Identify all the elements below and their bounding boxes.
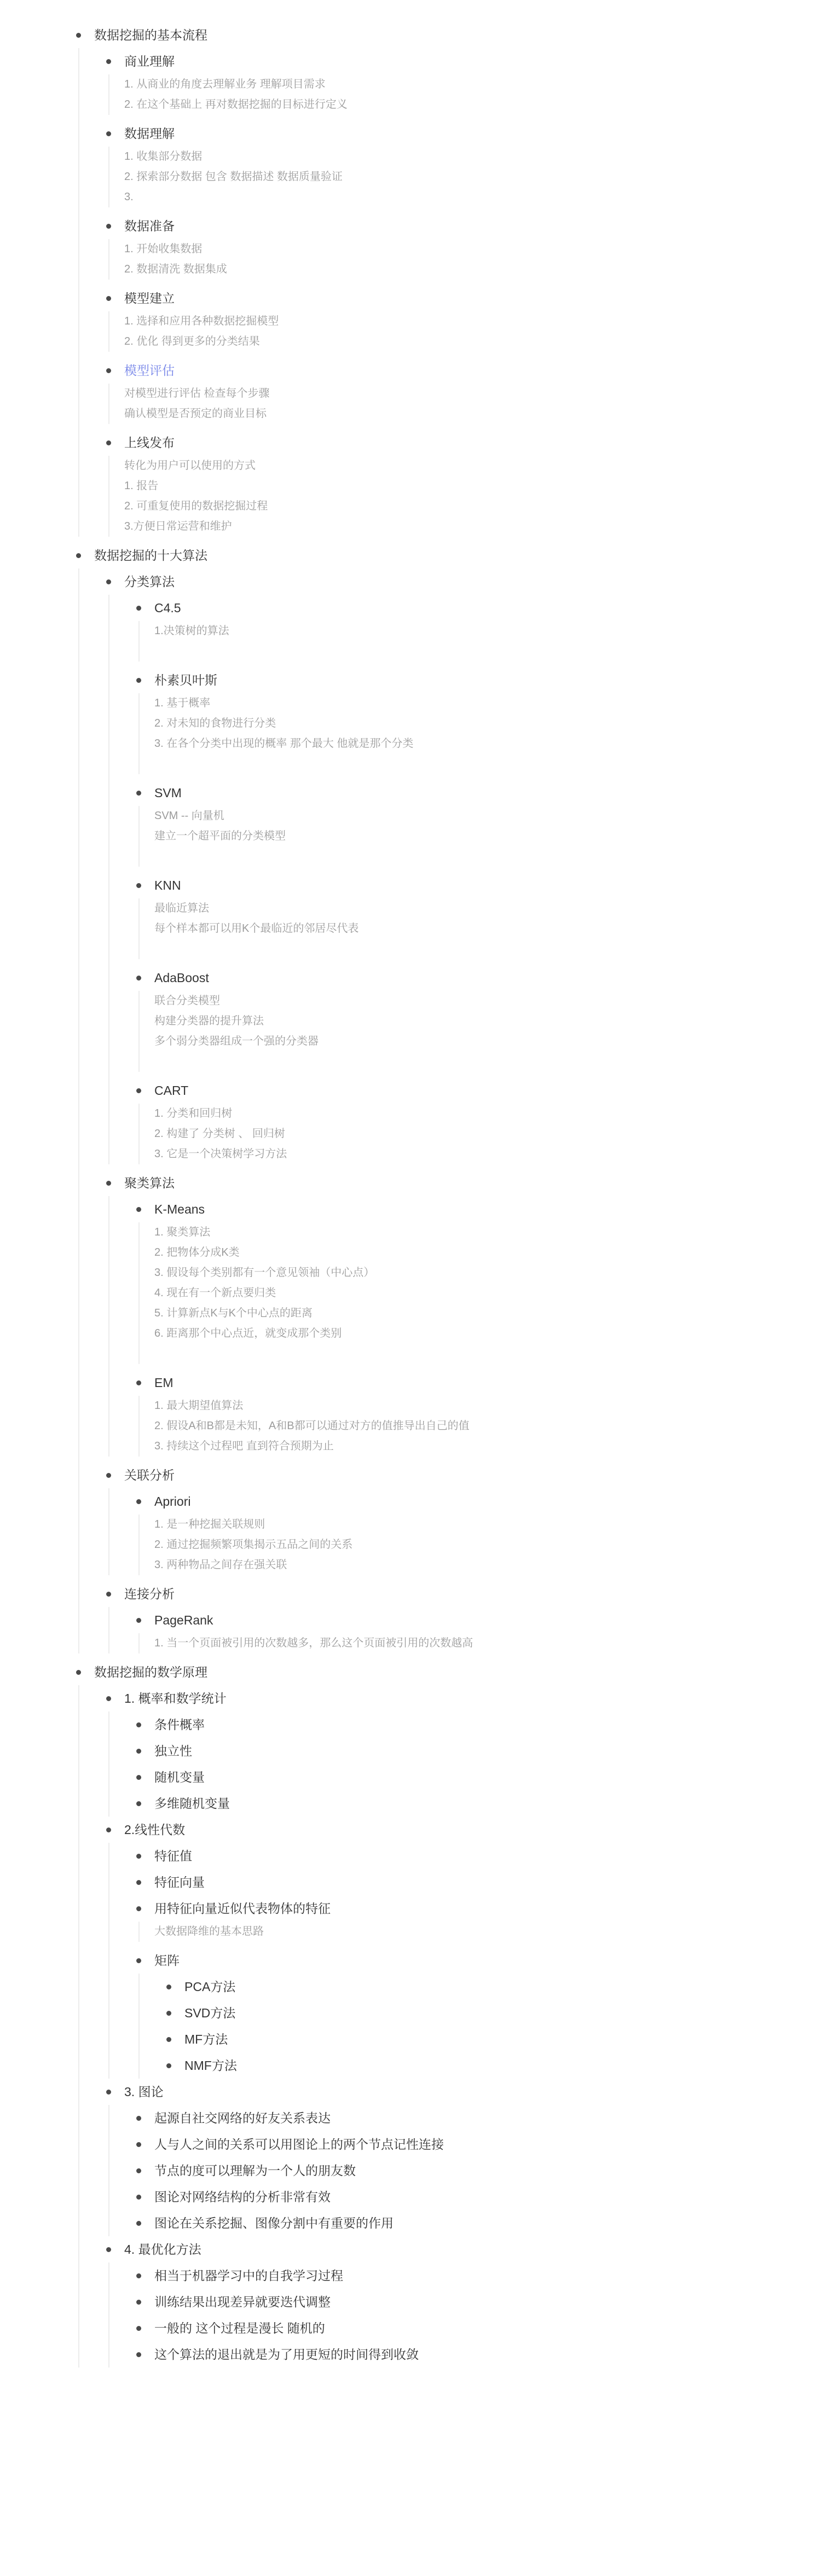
note-group: 1. 是一种挖掘关联规则2. 通过挖掘频繁项集揭示五品之间的关系3. 两种物品之… <box>138 1515 799 1575</box>
node-row[interactable]: 矩阵 <box>136 1947 799 1974</box>
note-line[interactable]: 1. 开始收集数据 <box>124 239 799 259</box>
outline-node: K-Means1. 聚类算法2. 把物体分成K类3. 假设每个类别都有一个意见领… <box>136 1196 799 1364</box>
bullet-icon[interactable] <box>106 579 111 584</box>
note-line[interactable]: 1. 报告 <box>124 476 799 496</box>
note-line[interactable]: 2. 把物体分成K类 <box>154 1243 799 1263</box>
node-text[interactable]: 分类算法 <box>124 573 175 590</box>
note-line[interactable] <box>154 846 799 867</box>
note-line[interactable]: 1. 分类和回归树 <box>154 1104 799 1124</box>
note-group: 1. 分类和回归树2. 构建了 分类树 、 回归树3. 它是一个决策树学习方法 <box>138 1104 799 1164</box>
node-row[interactable]: EM <box>136 1370 799 1396</box>
bullet-icon[interactable] <box>136 2300 141 2305</box>
note-line[interactable]: 1. 当一个页面被引用的次数越多，那么这个页面被引用的次数越高 <box>154 1633 799 1653</box>
bullet-icon[interactable] <box>136 2352 141 2357</box>
note-line[interactable]: 多个弱分类器组成一个强的分类器 <box>154 1031 799 1052</box>
bullet-icon[interactable] <box>166 2011 171 2016</box>
node-text[interactable]: 上线发布 <box>124 434 175 451</box>
bullet-icon[interactable] <box>136 2195 141 2200</box>
node-row[interactable]: 模型建立 <box>106 285 799 311</box>
bullet-icon[interactable] <box>136 1499 141 1504</box>
note-line[interactable]: 大数据降维的基本思路 <box>154 1922 799 1942</box>
bullet-icon[interactable] <box>136 2142 141 2147</box>
bullet-icon[interactable] <box>136 976 141 980</box>
node-text[interactable]: CART <box>154 1082 188 1099</box>
children-group: 特征值特征向量用特征向量近似代表物体的特征大数据降维的基本思路矩阵PCA方法SV… <box>108 1843 799 2079</box>
node-row[interactable]: K-Means <box>136 1196 799 1222</box>
bullet-icon[interactable] <box>76 553 81 558</box>
node-row[interactable]: 多维随机变量 <box>136 1790 799 1817</box>
bullet-icon[interactable] <box>136 2326 141 2331</box>
bullet-icon[interactable] <box>136 1801 141 1806</box>
node-text[interactable]: 数据挖掘的十大算法 <box>94 547 207 564</box>
bullet-icon[interactable] <box>106 1473 111 1478</box>
note-line[interactable]: 1. 最大期望值算法 <box>154 1396 799 1416</box>
outline-node: 特征向量 <box>136 1869 799 1895</box>
bullet-icon[interactable] <box>106 1592 111 1597</box>
children-group: PCA方法SVD方法MF方法NMF方法 <box>138 1974 799 2079</box>
note-line[interactable] <box>154 1344 799 1364</box>
node-text[interactable]: NMF方法 <box>184 2057 237 2074</box>
node-row[interactable]: 数据准备 <box>106 213 799 239</box>
node-text[interactable]: 矩阵 <box>154 1952 180 1969</box>
outline-node: 图论在关系挖掘、图像分割中有重要的作用 <box>136 2210 799 2236</box>
node-text[interactable]: SVM <box>154 785 182 801</box>
children-group: PageRank1. 当一个页面被引用的次数越多，那么这个页面被引用的次数越高 <box>108 1607 799 1653</box>
note-group: 1. 收集部分数据2. 探索部分数据 包含 数据描述 数据质量验证3. <box>108 147 799 207</box>
note-group: 1. 聚类算法2. 把物体分成K类3. 假设每个类别都有一个意见领袖（中心点）4… <box>138 1222 799 1364</box>
note-line[interactable]: 6. 距离那个中心点近，就变成那个类别 <box>154 1324 799 1344</box>
note-line[interactable]: 3. 两种物品之间存在强关联 <box>154 1555 799 1575</box>
outline-node: NMF方法 <box>166 2052 799 2079</box>
node-row[interactable]: 数据理解 <box>106 120 799 147</box>
children-group: 商业理解1. 从商业的角度去理解业务 理解项目需求2. 在这个基础上 再对数据挖… <box>78 48 799 537</box>
note-line[interactable]: 3. 它是一个决策树学习方法 <box>154 1144 799 1164</box>
node-text[interactable]: 一般的 这个过程是漫长 随机的 <box>154 2320 325 2336</box>
bullet-icon[interactable] <box>136 606 141 611</box>
note-line[interactable]: 2. 通过挖掘频繁项集揭示五品之间的关系 <box>154 1535 799 1555</box>
node-text[interactable]: 4. 最优化方法 <box>124 2241 201 2258</box>
outline-node: 起源自社交网络的好友关系表达 <box>136 2105 799 2131</box>
outline-node: 关联分析Apriori1. 是一种挖掘关联规则2. 通过挖掘频繁项集揭示五品之间… <box>106 1462 799 1575</box>
node-text[interactable]: 数据挖掘的基本流程 <box>94 27 207 43</box>
note-group: SVM -- 向量机建立一个超平面的分类模型 <box>138 806 799 867</box>
node-text[interactable]: 条件概率 <box>154 1716 205 1733</box>
note-line[interactable]: 1. 是一种挖掘关联规则 <box>154 1515 799 1535</box>
outline-node: 商业理解1. 从商业的角度去理解业务 理解项目需求2. 在这个基础上 再对数据挖… <box>106 48 799 115</box>
node-row[interactable]: 条件概率 <box>136 1711 799 1738</box>
node-text[interactable]: EM <box>154 1374 174 1391</box>
children-group: 分类算法C4.51.决策树的算法 朴素贝叶斯1. 基于概率2. 对未知的食物进行… <box>78 568 799 1653</box>
outline-node: MF方法 <box>166 2026 799 2052</box>
node-row[interactable]: 图论在关系挖掘、图像分割中有重要的作用 <box>136 2210 799 2236</box>
outline-node: 数据挖掘的十大算法分类算法C4.51.决策树的算法 朴素贝叶斯1. 基于概率2.… <box>76 542 799 1653</box>
note-line[interactable]: 2. 优化 得到更多的分类结果 <box>124 332 799 352</box>
node-text[interactable]: 这个算法的退出就是为了用更短的时间得到收敛 <box>154 2346 419 2363</box>
outline-node: SVMSVM -- 向量机建立一个超平面的分类模型 <box>136 780 799 867</box>
bullet-icon[interactable] <box>136 678 141 683</box>
note-group: 大数据降维的基本思路 <box>138 1922 799 1942</box>
bullet-icon[interactable] <box>106 1181 111 1186</box>
node-text[interactable]: 节点的度可以理解为一个人的朋友数 <box>154 2162 356 2179</box>
node-text[interactable]: Apriori <box>154 1493 190 1510</box>
node-row[interactable]: Apriori <box>136 1488 799 1515</box>
bullet-icon[interactable] <box>136 1088 141 1093</box>
outline-document: 数据挖掘的基本流程商业理解1. 从商业的角度去理解业务 理解项目需求2. 在这个… <box>0 0 821 2576</box>
outline-node: 节点的度可以理解为一个人的朋友数 <box>136 2157 799 2184</box>
note-line[interactable]: 2. 假设A和B都是未知，A和B都可以通过对方的值推导出自己的值 <box>154 1416 799 1436</box>
node-row[interactable]: 特征向量 <box>136 1869 799 1895</box>
node-text[interactable]: 模型建立 <box>124 290 175 306</box>
node-text[interactable]: 人与人之间的关系可以用图论上的两个节点记性连接 <box>154 2136 444 2153</box>
node-text[interactable]: 聚类算法 <box>124 1175 175 1191</box>
children-group: 相当于机器学习中的自我学习过程训练结果出现差异就要迭代调整一般的 这个过程是漫长… <box>108 2262 799 2368</box>
bullet-icon[interactable] <box>136 1722 141 1727</box>
note-line[interactable]: SVM -- 向量机 <box>154 806 799 826</box>
note-line[interactable]: 1. 聚类算法 <box>154 1222 799 1243</box>
bullet-icon[interactable] <box>136 2116 141 2121</box>
outline-node: 连接分析PageRank1. 当一个页面被引用的次数越多，那么这个页面被引用的次… <box>106 1581 799 1653</box>
node-row[interactable]: 2.线性代数 <box>106 1817 799 1843</box>
note-group: 转化为用户可以使用的方式1. 报告2. 可重复使用的数据挖掘过程3.方便日常运营… <box>108 456 799 537</box>
bullet-icon[interactable] <box>106 59 111 64</box>
bullet-icon[interactable] <box>166 2063 171 2068</box>
outline-node: 人与人之间的关系可以用图论上的两个节点记性连接 <box>136 2131 799 2157</box>
outline-node: 随机变量 <box>136 1764 799 1790</box>
bullet-icon[interactable] <box>106 224 111 229</box>
bullet-icon[interactable] <box>106 2090 111 2095</box>
node-text[interactable]: 起源自社交网络的好友关系表达 <box>154 2110 331 2126</box>
bullet-icon[interactable] <box>106 131 111 136</box>
note-group: 1. 从商业的角度去理解业务 理解项目需求2. 在这个基础上 再对数据挖掘的目标… <box>108 74 799 115</box>
node-row[interactable]: 关联分析 <box>106 1462 799 1488</box>
bullet-icon[interactable] <box>136 2168 141 2173</box>
outline-node: 2.线性代数特征值特征向量用特征向量近似代表物体的特征大数据降维的基本思路矩阵P… <box>106 1817 799 2079</box>
node-row[interactable]: 商业理解 <box>106 48 799 74</box>
node-row[interactable]: 4. 最优化方法 <box>106 2236 799 2262</box>
node-row[interactable]: 图论对网络结构的分析非常有效 <box>136 2184 799 2210</box>
outline-node: 聚类算法K-Means1. 聚类算法2. 把物体分成K类3. 假设每个类别都有一… <box>106 1170 799 1457</box>
node-text[interactable]: KNN <box>154 877 181 894</box>
node-text[interactable]: 关联分析 <box>124 1467 175 1483</box>
note-line[interactable]: 3. 持续这个过程吧 直到符合预期为止 <box>154 1436 799 1457</box>
bullet-icon[interactable] <box>76 33 81 38</box>
node-row[interactable]: 分类算法 <box>106 568 799 595</box>
children-group: 起源自社交网络的好友关系表达人与人之间的关系可以用图论上的两个节点记性连接节点的… <box>108 2105 799 2236</box>
node-row[interactable]: 特征值 <box>136 1843 799 1869</box>
node-row[interactable]: C4.5 <box>136 595 799 621</box>
outline-node: 4. 最优化方法相当于机器学习中的自我学习过程训练结果出现差异就要迭代调整一般的… <box>106 2236 799 2368</box>
node-text[interactable]: 随机变量 <box>154 1769 205 1785</box>
note-line[interactable]: 联合分类模型 <box>154 991 799 1011</box>
outline-node: 模型评估对模型进行评估 检查每个步骤确认模型是否预定的商业目标 <box>106 357 799 424</box>
node-row[interactable]: 朴素贝叶斯 <box>136 667 799 693</box>
outline-node: EM1. 最大期望值算法2. 假设A和B都是未知，A和B都可以通过对方的值推导出… <box>136 1370 799 1457</box>
node-text[interactable]: 3. 图论 <box>124 2084 164 2100</box>
note-line[interactable]: 1. 基于概率 <box>154 693 799 713</box>
note-line[interactable]: 2. 对未知的食物进行分类 <box>154 713 799 734</box>
note-group: 最临近算法每个样本都可以用K个最临近的邻居尽代表 <box>138 898 799 959</box>
node-row[interactable]: SVD方法 <box>166 2000 799 2026</box>
bullet-icon[interactable] <box>136 2273 141 2278</box>
bullet-icon[interactable] <box>136 2221 141 2226</box>
outline-node: 训练结果出现差异就要迭代调整 <box>136 2289 799 2315</box>
outline-node: 数据挖掘的数学原理1. 概率和数学统计条件概率独立性随机变量多维随机变量2.线性… <box>76 1659 799 2368</box>
node-text[interactable]: 训练结果出现差异就要迭代调整 <box>154 2294 331 2310</box>
outline-node: 分类算法C4.51.决策树的算法 朴素贝叶斯1. 基于概率2. 对未知的食物进行… <box>106 568 799 1164</box>
outline-node: PageRank1. 当一个页面被引用的次数越多，那么这个页面被引用的次数越高 <box>136 1607 799 1653</box>
note-line[interactable]: 3. 在各个分类中出现的概率 那个最大 他就是那个分类 <box>154 734 799 754</box>
bullet-icon[interactable] <box>76 1670 81 1675</box>
note-group: 对模型进行评估 检查每个步骤确认模型是否预定的商业目标 <box>108 384 799 424</box>
bullet-icon[interactable] <box>106 1696 111 1701</box>
outline-node: 条件概率 <box>136 1711 799 1738</box>
node-row[interactable]: 训练结果出现差异就要迭代调整 <box>136 2289 799 2315</box>
bullet-icon[interactable] <box>136 1380 141 1385</box>
outline-node: 这个算法的退出就是为了用更短的时间得到收敛 <box>136 2341 799 2368</box>
children-group: 条件概率独立性随机变量多维随机变量 <box>108 1711 799 1817</box>
bullet-icon[interactable] <box>166 2037 171 2042</box>
note-line[interactable]: 2. 数据清洗 数据集成 <box>124 259 799 280</box>
node-row[interactable]: 聚类算法 <box>106 1170 799 1196</box>
node-text[interactable]: 数据理解 <box>124 125 175 142</box>
node-text[interactable]: 数据准备 <box>124 218 175 234</box>
outline-node: 数据挖掘的基本流程商业理解1. 从商业的角度去理解业务 理解项目需求2. 在这个… <box>76 22 799 537</box>
children-group: C4.51.决策树的算法 朴素贝叶斯1. 基于概率2. 对未知的食物进行分类3.… <box>108 595 799 1164</box>
node-row[interactable]: PCA方法 <box>166 1974 799 2000</box>
note-group: 1. 选择和应用各种数据挖掘模型2. 优化 得到更多的分类结果 <box>108 311 799 352</box>
node-text[interactable]: 特征向量 <box>154 1874 205 1890</box>
note-line[interactable]: 转化为用户可以使用的方式 <box>124 456 799 476</box>
outline-node: PCA方法 <box>166 1974 799 2000</box>
node-row[interactable]: 这个算法的退出就是为了用更短的时间得到收敛 <box>136 2341 799 2368</box>
node-row[interactable]: 起源自社交网络的好友关系表达 <box>136 2105 799 2131</box>
bullet-icon[interactable] <box>136 1958 141 1963</box>
note-line[interactable]: 每个样本都可以用K个最临近的邻居尽代表 <box>154 919 799 939</box>
note-group: 联合分类模型构建分类器的提升算法多个弱分类器组成一个强的分类器 <box>138 991 799 1072</box>
outline-node: SVD方法 <box>166 2000 799 2026</box>
note-line[interactable]: 构建分类器的提升算法 <box>154 1011 799 1031</box>
node-row[interactable]: 用特征向量近似代表物体的特征 <box>136 1895 799 1922</box>
node-text[interactable]: K-Means <box>154 1201 205 1217</box>
node-text[interactable]: 1. 概率和数学统计 <box>124 1690 227 1707</box>
node-row[interactable]: CART <box>136 1077 799 1104</box>
bullet-icon[interactable] <box>106 1827 111 1832</box>
note-line[interactable]: 2. 在这个基础上 再对数据挖掘的目标进行定义 <box>124 95 799 115</box>
note-group: 1. 基于概率2. 对未知的食物进行分类3. 在各个分类中出现的概率 那个最大 … <box>138 693 799 774</box>
note-line[interactable]: 1.决策树的算法 <box>154 621 799 641</box>
node-text[interactable]: 独立性 <box>154 1743 192 1759</box>
node-row[interactable]: 模型评估 <box>106 357 799 384</box>
note-line[interactable] <box>154 754 799 774</box>
note-line[interactable]: 1. 选择和应用各种数据挖掘模型 <box>124 311 799 332</box>
note-line[interactable]: 5. 计算新点K与K个中心点的距离 <box>154 1303 799 1324</box>
note-line[interactable]: 1. 从商业的角度去理解业务 理解项目需求 <box>124 74 799 95</box>
node-text[interactable]: 图论对网络结构的分析非常有效 <box>154 2189 331 2205</box>
note-line[interactable]: 1. 收集部分数据 <box>124 147 799 167</box>
outline-node: 矩阵PCA方法SVD方法MF方法NMF方法 <box>136 1947 799 2079</box>
bullet-icon[interactable] <box>106 440 111 445</box>
node-row[interactable]: 3. 图论 <box>106 2079 799 2105</box>
node-text[interactable]: MF方法 <box>184 2031 228 2047</box>
note-line[interactable]: 2. 可重复使用的数据挖掘过程 <box>124 496 799 517</box>
outline-node: 朴素贝叶斯1. 基于概率2. 对未知的食物进行分类3. 在各个分类中出现的概率 … <box>136 667 799 774</box>
outline-node: CART1. 分类和回归树2. 构建了 分类树 、 回归树3. 它是一个决策树学… <box>136 1077 799 1164</box>
children-group: K-Means1. 聚类算法2. 把物体分成K类3. 假设每个类别都有一个意见领… <box>108 1196 799 1457</box>
outline-node: 模型建立1. 选择和应用各种数据挖掘模型2. 优化 得到更多的分类结果 <box>106 285 799 352</box>
node-text[interactable]: 商业理解 <box>124 53 175 69</box>
node-text[interactable]: 用特征向量近似代表物体的特征 <box>154 1900 331 1917</box>
outline-node: 3. 图论起源自社交网络的好友关系表达人与人之间的关系可以用图论上的两个节点记性… <box>106 2079 799 2236</box>
note-group: 1. 当一个页面被引用的次数越多，那么这个页面被引用的次数越高 <box>138 1633 799 1653</box>
bullet-icon[interactable] <box>166 1985 171 1989</box>
note-line[interactable]: 建立一个超平面的分类模型 <box>154 826 799 846</box>
node-row[interactable]: 1. 概率和数学统计 <box>106 1685 799 1711</box>
node-row[interactable]: 上线发布 <box>106 430 799 456</box>
node-row[interactable]: 人与人之间的关系可以用图论上的两个节点记性连接 <box>136 2131 799 2157</box>
children-group: Apriori1. 是一种挖掘关联规则2. 通过挖掘频繁项集揭示五品之间的关系3… <box>108 1488 799 1575</box>
node-text[interactable]: C4.5 <box>154 600 181 616</box>
note-group: 1. 开始收集数据2. 数据清洗 数据集成 <box>108 239 799 280</box>
node-text[interactable]: AdaBoost <box>154 970 209 986</box>
node-text[interactable]: 相当于机器学习中的自我学习过程 <box>154 2267 343 2284</box>
outline-node: 特征值 <box>136 1843 799 1869</box>
bullet-icon[interactable] <box>106 2247 111 2252</box>
bullet-icon[interactable] <box>136 1207 141 1212</box>
outline-node: C4.51.决策树的算法 <box>136 595 799 662</box>
outline-node: 数据准备1. 开始收集数据2. 数据清洗 数据集成 <box>106 213 799 280</box>
bullet-icon[interactable] <box>136 1906 141 1911</box>
node-row[interactable]: SVM <box>136 780 799 806</box>
node-text[interactable]: 模型评估 <box>124 362 175 379</box>
outline-node: 图论对网络结构的分析非常有效 <box>136 2184 799 2210</box>
outline-node: KNN最临近算法每个样本都可以用K个最临近的邻居尽代表 <box>136 872 799 959</box>
bullet-icon[interactable] <box>136 1854 141 1859</box>
bullet-icon[interactable] <box>136 1618 141 1623</box>
node-row[interactable]: 数据挖掘的基本流程 <box>76 22 799 48</box>
bullet-icon[interactable] <box>136 1775 141 1780</box>
node-row[interactable]: 连接分析 <box>106 1581 799 1607</box>
note-line[interactable]: 3. 假设每个类别都有一个意见领袖（中心点） <box>154 1263 799 1283</box>
note-line[interactable]: 确认模型是否预定的商业目标 <box>124 404 799 424</box>
node-row[interactable]: 一般的 这个过程是漫长 随机的 <box>136 2315 799 2341</box>
node-row[interactable]: MF方法 <box>166 2026 799 2052</box>
bullet-icon[interactable] <box>136 1749 141 1754</box>
node-text[interactable]: 数据挖掘的数学原理 <box>94 1664 207 1680</box>
outline-node: AdaBoost联合分类模型构建分类器的提升算法多个弱分类器组成一个强的分类器 <box>136 965 799 1072</box>
note-line[interactable]: 最临近算法 <box>154 898 799 919</box>
note-group: 1.决策树的算法 <box>138 621 799 662</box>
outline-node: Apriori1. 是一种挖掘关联规则2. 通过挖掘频繁项集揭示五品之间的关系3… <box>136 1488 799 1575</box>
node-row[interactable]: 数据挖掘的数学原理 <box>76 1659 799 1685</box>
node-row[interactable]: 相当于机器学习中的自我学习过程 <box>136 2262 799 2289</box>
node-row[interactable]: AdaBoost <box>136 965 799 991</box>
node-text[interactable]: 朴素贝叶斯 <box>154 672 217 688</box>
node-row[interactable]: 节点的度可以理解为一个人的朋友数 <box>136 2157 799 2184</box>
note-line[interactable] <box>154 1052 799 1072</box>
node-row[interactable]: PageRank <box>136 1607 799 1633</box>
node-text[interactable]: 2.线性代数 <box>124 1821 185 1838</box>
bullet-icon[interactable] <box>106 368 111 373</box>
node-text[interactable]: SVD方法 <box>184 2005 235 2021</box>
outline-node: 相当于机器学习中的自我学习过程 <box>136 2262 799 2289</box>
outline-node: 1. 概率和数学统计条件概率独立性随机变量多维随机变量 <box>106 1685 799 1817</box>
children-group: 1. 概率和数学统计条件概率独立性随机变量多维随机变量2.线性代数特征值特征向量… <box>78 1685 799 2368</box>
node-row[interactable]: KNN <box>136 872 799 898</box>
node-row[interactable]: 随机变量 <box>136 1764 799 1790</box>
note-line[interactable]: 3. <box>124 187 799 207</box>
note-line[interactable]: 2. 探索部分数据 包含 数据描述 数据质量验证 <box>124 167 799 187</box>
node-text[interactable]: 特征值 <box>154 1848 192 1864</box>
outline-node: 一般的 这个过程是漫长 随机的 <box>136 2315 799 2341</box>
node-text[interactable]: 连接分析 <box>124 1586 175 1602</box>
node-row[interactable]: NMF方法 <box>166 2052 799 2079</box>
node-text[interactable]: 多维随机变量 <box>154 1795 230 1812</box>
node-text[interactable]: PCA方法 <box>184 1979 235 1995</box>
outline-node: 独立性 <box>136 1738 799 1764</box>
outline-node: 多维随机变量 <box>136 1790 799 1817</box>
node-row[interactable]: 数据挖掘的十大算法 <box>76 542 799 568</box>
node-text[interactable]: 图论在关系挖掘、图像分割中有重要的作用 <box>154 2215 394 2231</box>
bullet-icon[interactable] <box>136 791 141 796</box>
note-line[interactable] <box>154 939 799 959</box>
outline-node: 上线发布转化为用户可以使用的方式1. 报告2. 可重复使用的数据挖掘过程3.方便… <box>106 430 799 537</box>
note-line[interactable]: 2. 构建了 分类树 、 回归树 <box>154 1124 799 1144</box>
outline-node: 用特征向量近似代表物体的特征大数据降维的基本思路 <box>136 1895 799 1942</box>
bullet-icon[interactable] <box>106 296 111 301</box>
outline-node: 数据理解1. 收集部分数据2. 探索部分数据 包含 数据描述 数据质量验证3. <box>106 120 799 207</box>
note-group: 1. 最大期望值算法2. 假设A和B都是未知，A和B都可以通过对方的值推导出自己… <box>138 1396 799 1457</box>
note-line[interactable]: 4. 现在有一个新点要归类 <box>154 1283 799 1303</box>
bullet-icon[interactable] <box>136 883 141 888</box>
note-line[interactable]: 对模型进行评估 检查每个步骤 <box>124 384 799 404</box>
node-text[interactable]: PageRank <box>154 1612 213 1628</box>
note-line[interactable]: 3.方便日常运营和维护 <box>124 517 799 537</box>
node-row[interactable]: 独立性 <box>136 1738 799 1764</box>
bullet-icon[interactable] <box>136 1880 141 1885</box>
note-line[interactable] <box>154 641 799 662</box>
